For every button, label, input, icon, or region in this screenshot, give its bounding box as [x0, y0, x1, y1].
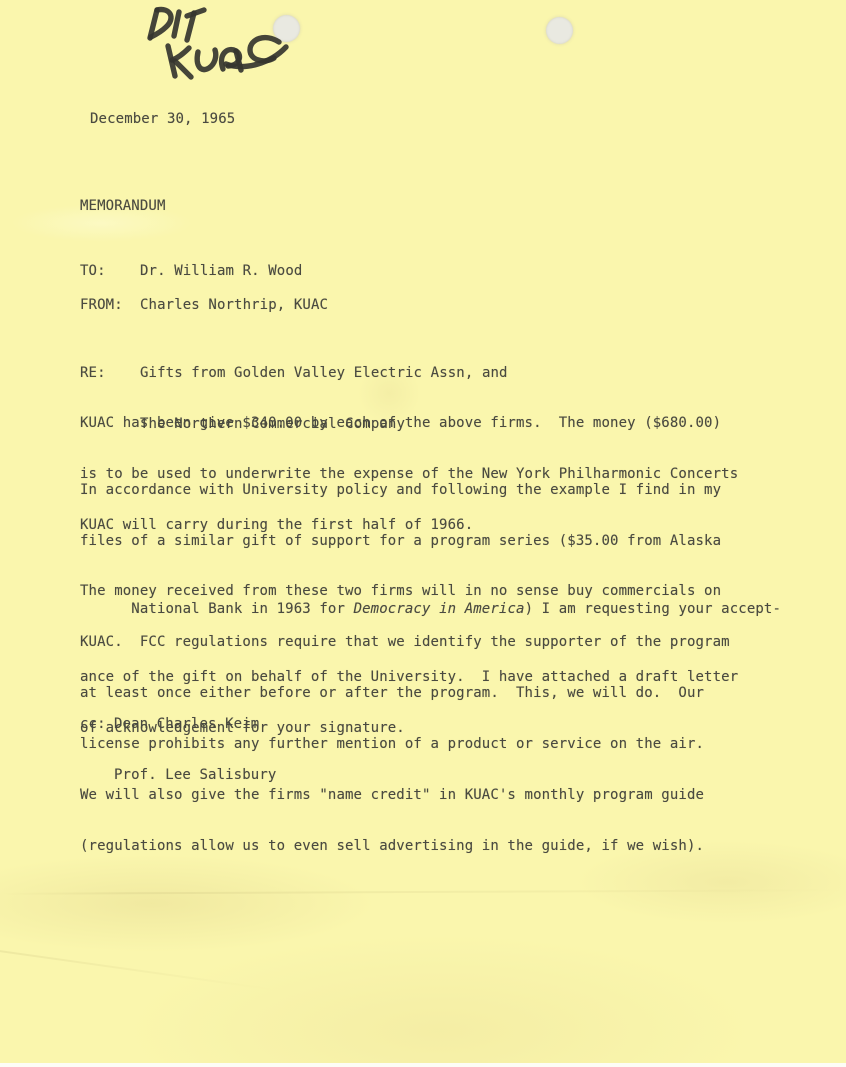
- paragraph-line: KUAC. FCC regulations require that we id…: [80, 634, 730, 651]
- memo-title: MEMORANDUM: [80, 198, 166, 215]
- paper-crease: [0, 948, 272, 990]
- re-value-line1: Gifts from Golden Valley Electric Assn, …: [140, 365, 508, 382]
- memo-date: December 30, 1965: [90, 111, 235, 128]
- punch-hole-right: [546, 17, 573, 44]
- re-line-1: RE: Gifts from Golden Valley Electric As…: [80, 365, 508, 382]
- paragraph-line: The money received from these two firms …: [80, 583, 730, 600]
- handwriting-stroke: [197, 50, 216, 70]
- re-label: RE:: [80, 365, 140, 382]
- to-value: Dr. William R. Wood: [140, 263, 302, 280]
- cc-line-1: cc: Dean Charles Keim: [80, 716, 276, 733]
- cc-block: cc: Dean Charles Keim Prof. Lee Salisbur…: [80, 682, 276, 818]
- cc-indent: [80, 767, 114, 784]
- to-label: TO:: [80, 263, 140, 280]
- from-value: Charles Northrip, KUAC: [140, 297, 328, 314]
- paragraph-line: KUAC has been give $340.00 by each of th…: [80, 415, 738, 432]
- scan-edge: [0, 1063, 846, 1067]
- from-label: FROM:: [80, 297, 140, 314]
- handwriting-stroke: [172, 48, 189, 60]
- paragraph-line: files of a similar gift of support for a…: [80, 533, 781, 550]
- field-to: TO: Dr. William R. Wood: [80, 263, 302, 280]
- memo-sheet: December 30, 1965 MEMORANDUM TO: Dr. Wil…: [0, 0, 846, 1063]
- cc-name-2: Prof. Lee Salisbury: [114, 767, 276, 784]
- paragraph-line: (regulations allow us to even sell adver…: [80, 838, 730, 855]
- paper-crease: [0, 889, 846, 895]
- field-from: FROM: Charles Northrip, KUAC: [80, 297, 328, 314]
- handwriting-stroke: [174, 12, 179, 36]
- handwritten-note: [140, 6, 300, 88]
- cc-label: cc:: [80, 716, 114, 733]
- cc-line-2: Prof. Lee Salisbury: [80, 767, 276, 784]
- cc-name-1: Dean Charles Keim: [114, 716, 259, 733]
- paragraph-line: In accordance with University policy and…: [80, 482, 781, 499]
